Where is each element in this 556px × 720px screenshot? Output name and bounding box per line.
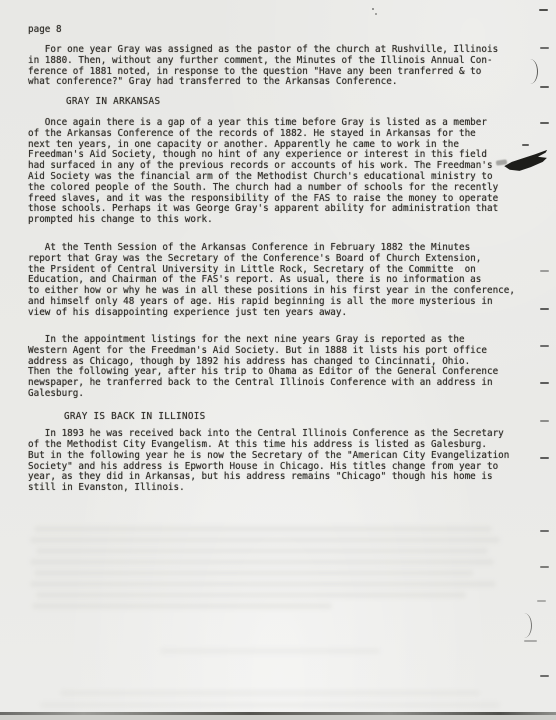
page-number: page 8 [28,25,546,36]
bleed-through-line [36,592,466,598]
paragraph-tenth-session: At the Tenth Session of the Arkansas Con… [28,243,546,319]
paragraph-1893-return: In 1893 he was received back into the Ce… [28,429,546,494]
scan-tick-mark [540,675,549,677]
bleed-through-line [40,702,500,708]
bleed-through-line [36,548,488,554]
page-content: page 8 For one year Gray was assigned as… [28,25,546,494]
scan-curve-mark [520,613,532,638]
bleed-through-line [30,581,496,587]
scan-tick-mark [540,566,549,568]
scan-tick-mark [524,640,537,642]
scan-tick-mark [540,457,549,459]
scan-tick-mark [540,47,549,49]
scan-tick-mark [540,382,549,384]
bleed-through-line [60,690,480,696]
bleed-through-line [34,526,492,532]
scan-speck [372,8,374,10]
bleed-through-line [30,559,494,565]
bleed-through-line [30,537,500,543]
scan-tick-mark [522,144,529,146]
scan-tick-mark [540,86,549,88]
bleed-through-line [32,603,332,609]
bleed-through-line [160,648,380,654]
scan-tick-mark [540,270,549,272]
scan-tick-mark [540,420,549,422]
scan-tick-mark [540,530,549,532]
paragraph-rushville: For one year Gray was assigned as the pa… [28,45,546,88]
scan-tick-mark [540,345,549,347]
scan-tick-mark [540,122,549,124]
scan-tick-mark [540,308,549,310]
scan-tick-mark [539,9,548,11]
scanned-document-page: page 8 For one year Gray was assigned as… [0,0,556,720]
section-heading-gray-in-arkansas: GRAY IN ARKANSAS [66,97,546,108]
bleed-through-line [34,570,474,576]
paragraph-arkansas-conference: Once again there is a gap of a year this… [28,118,546,226]
section-heading-gray-back-in-illinois: GRAY IS BACK IN ILLINOIS [64,412,546,423]
scan-tick-mark [537,600,546,602]
page-bottom-band [0,715,556,720]
paragraph-appointment-listings: In the appointment listings for the next… [28,335,546,400]
